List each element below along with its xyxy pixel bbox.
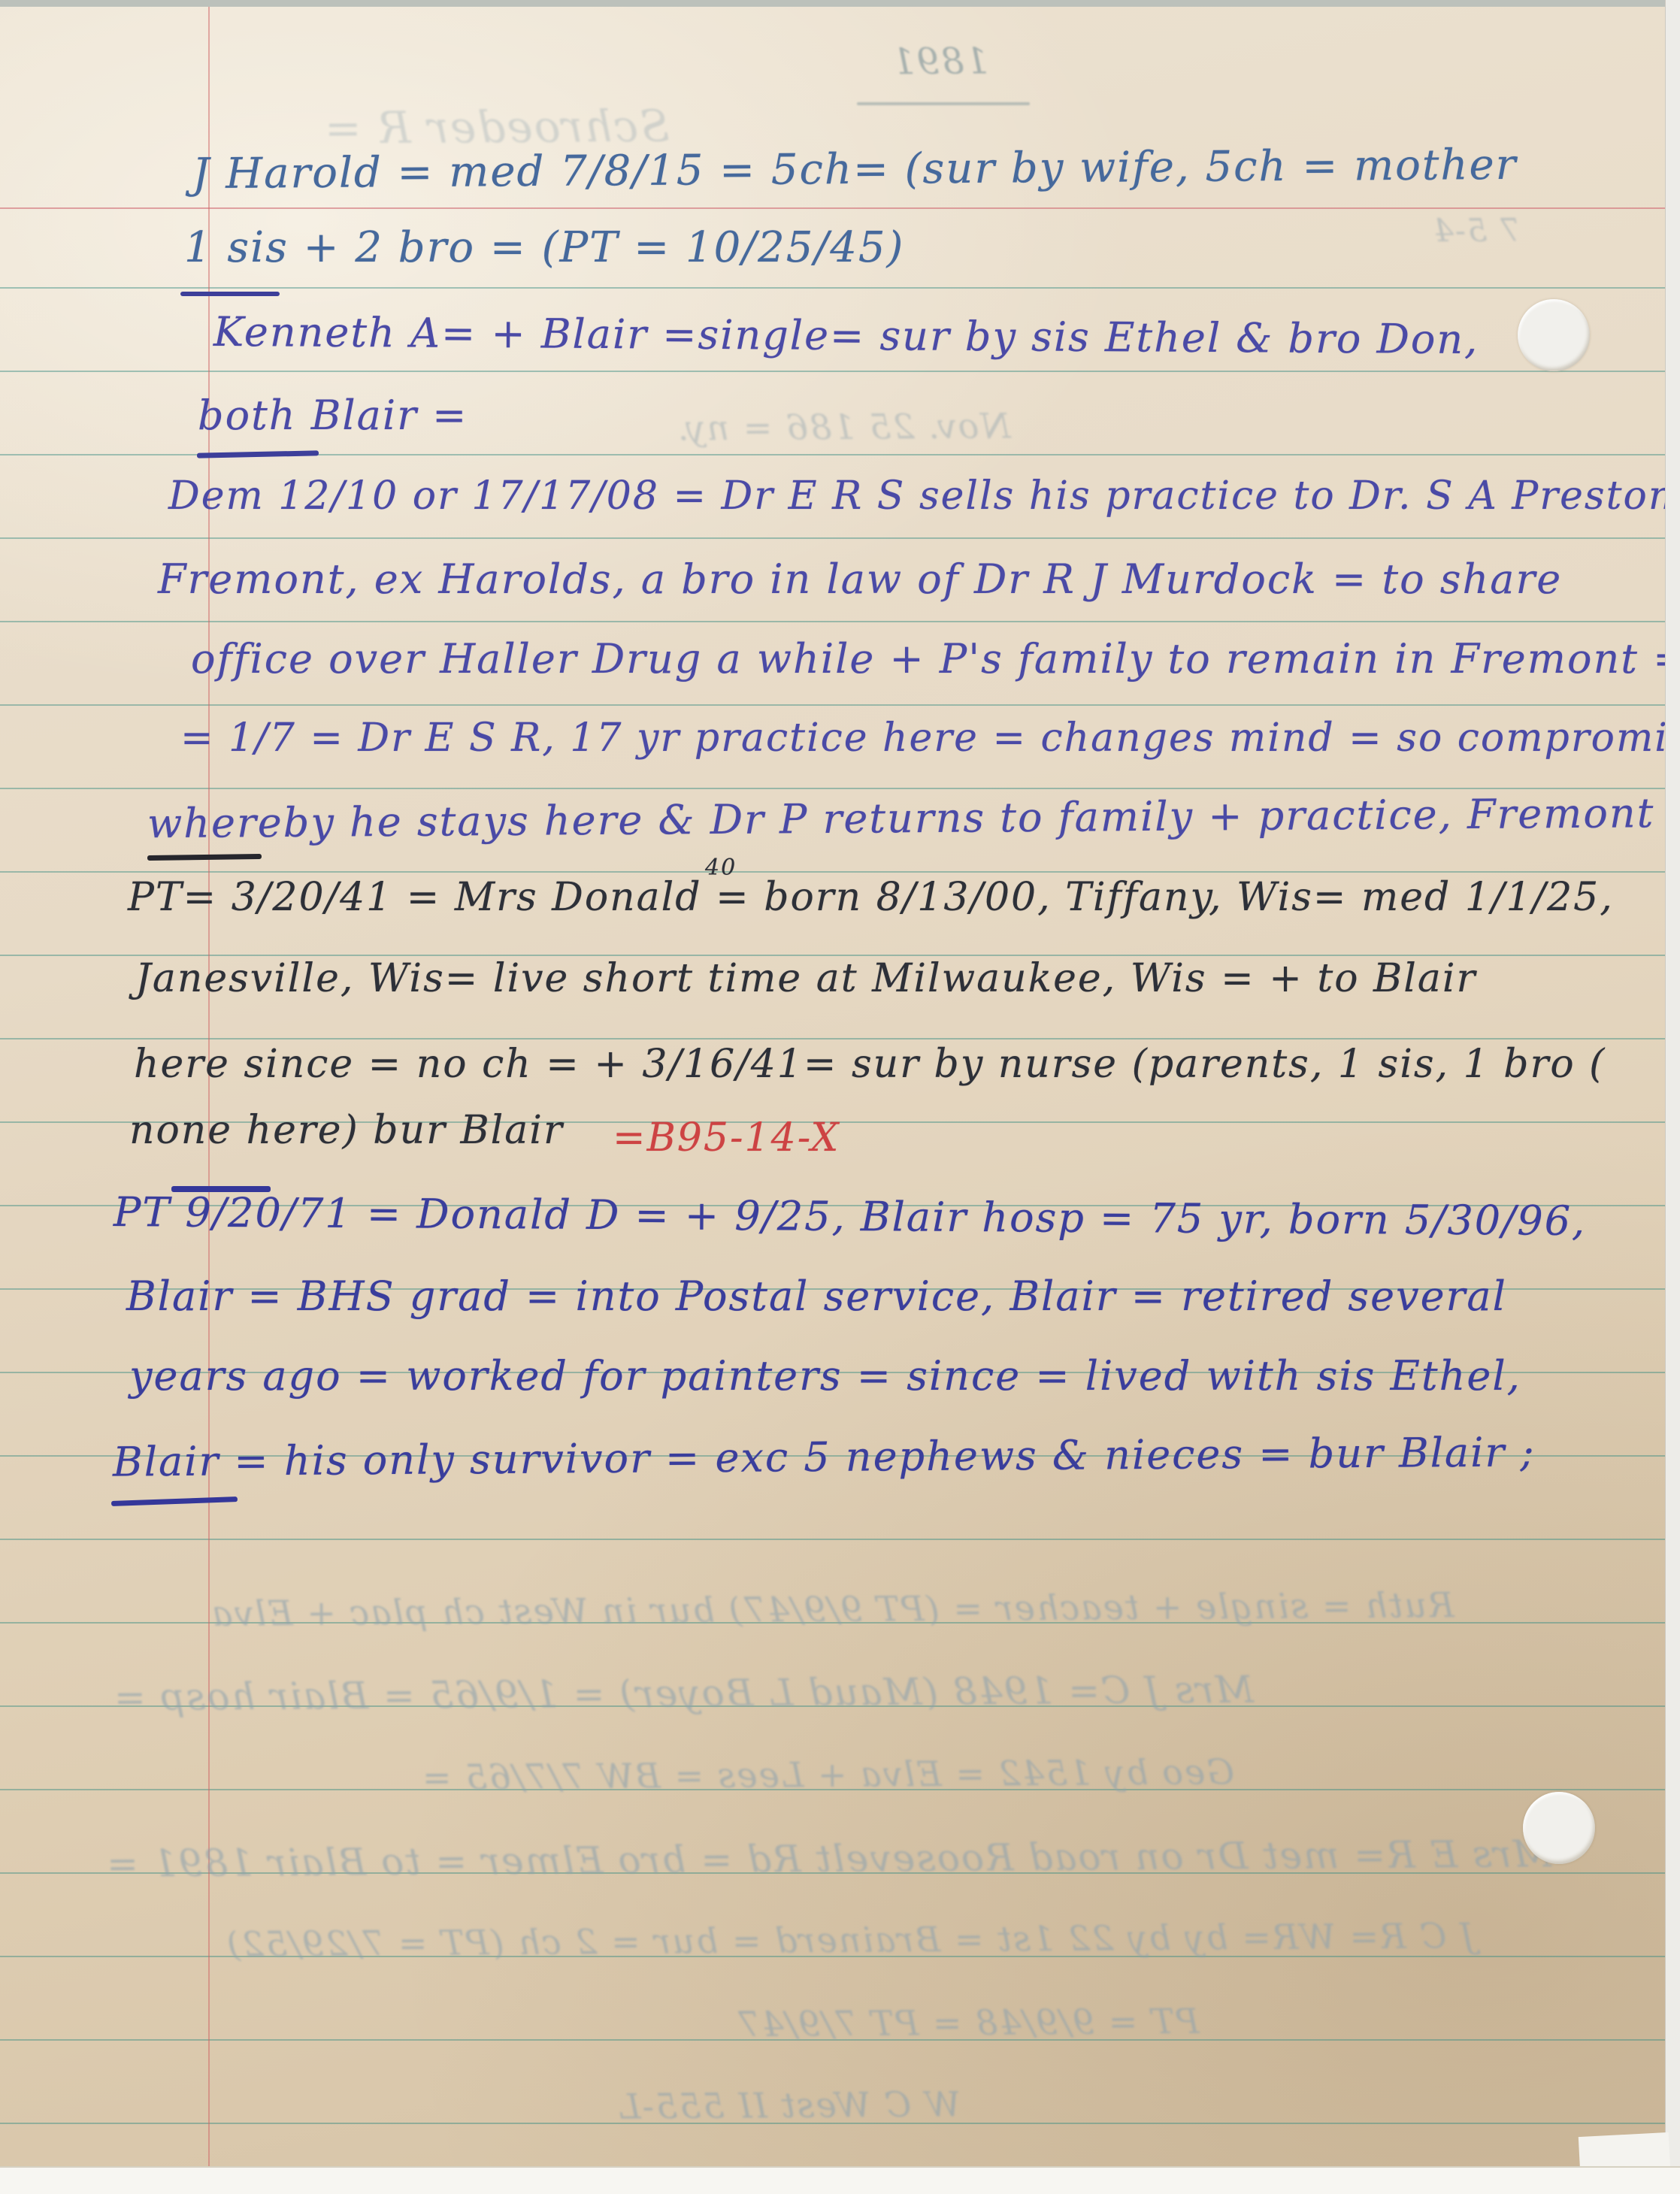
handwritten-line: Blair = his only survivor = exc 5 nephew… [113, 1432, 1536, 1482]
bleed-text: 7 5-4 [1432, 215, 1521, 247]
handwritten-line: both Blair = [198, 395, 468, 436]
bleed-text: Ruth = single + teacher = (PT 9/9/47) bu… [210, 1587, 1454, 1631]
handwritten-line: Blair = BHS grad = into Postal service, … [126, 1276, 1507, 1317]
bleed-text: W C West II 555-L [616, 2087, 961, 2123]
bleed-text: Schroeder R = [323, 104, 670, 150]
scan-edge-top [0, 0, 1680, 7]
ink-underline [180, 292, 280, 296]
handwritten-line: whereby he stays here & Dr P returns to … [147, 793, 1680, 844]
red-index-annotation: =B95-14-X [613, 1118, 840, 1158]
bleed-text: Mrs J C= 1948 (Maud L Boyer) = 1/9/65 = … [113, 1671, 1254, 1717]
header-red-rule [0, 207, 1666, 209]
handwritten-line: Dem 12/10 or 17/17/08 = Dr E R S sells h… [168, 477, 1680, 516]
handwritten-line: office over Haller Drug a while + P's fa… [191, 639, 1680, 679]
handwritten-line: Janesville, Wis= live short time at Milw… [135, 959, 1476, 998]
handwritten-line: PT 9/20/71 = Donald D = + 9/25, Blair ho… [114, 1192, 1587, 1242]
punch-hole [1518, 299, 1590, 371]
handwritten-line: J Harold = med 7/8/15 = 5ch= (sur by wif… [192, 144, 1518, 195]
bleed-underline [857, 102, 1030, 105]
bleed-text: J C R= WR= by by 22 1st = Brainerd = bur… [226, 1918, 1475, 1962]
scan-edge-bottom [0, 2166, 1680, 2194]
scanned-note-page: 1891 Schroeder R = Nov. 25 186 = ny. 7 5… [0, 0, 1680, 2194]
handwritten-line: Kenneth A= + Blair =single= sur by sis E… [213, 312, 1479, 360]
handwritten-line: years ago = worked for painters = since … [129, 1356, 1521, 1397]
ink-overbar [171, 1186, 271, 1192]
handwritten-line: = 1/7 = Dr E S R, 17 yr practice here = … [180, 719, 1680, 758]
bleed-text: 1891 [891, 44, 988, 80]
scan-edge-right [1665, 0, 1680, 2194]
bleed-text: Nov. 25 186 = ny. [677, 408, 1011, 445]
handwritten-line: here since = no ch = + 3/16/41= sur by n… [134, 1045, 1606, 1084]
bleed-text: Mrs E R= met Dr on road Roosevelt Rd = b… [105, 1835, 1551, 1882]
handwritten-line: PT= 3/20/41 = Mrs Donald = born 8/13/00,… [128, 878, 1614, 917]
superscript-note: 40 [705, 857, 737, 879]
handwritten-line: none here) bur Blair [129, 1111, 564, 1150]
punch-hole [1523, 1792, 1595, 1864]
bleed-text: Geo by 1542 = Elva + Lees = BW 7/7/65 = [421, 1754, 1234, 1795]
handwritten-line: 1 sis + 2 bro = (PT = 10/25/45) [184, 227, 904, 269]
bleed-text: PT = 9/9/48 = PT 7/9/47 [737, 2004, 1200, 2041]
handwritten-line: Fremont, ex Harolds, a bro in law of Dr … [158, 559, 1562, 600]
